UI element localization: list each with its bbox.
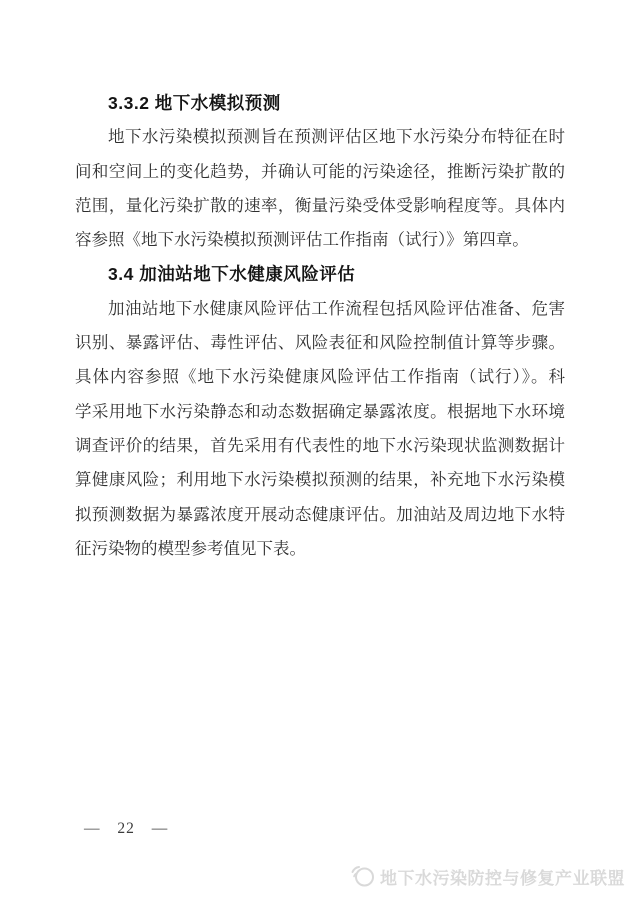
text-line: 容参照《地下水污染模拟预测评估工作指南（试行）》第四章。	[75, 223, 565, 257]
section-heading: 3.3.2 地下水模拟预测	[75, 86, 565, 120]
text-line: 范围，量化污染扩散的速率，衡量污染受体受影响程度等。具体内	[75, 189, 565, 223]
document-page: 3.3.2 地下水模拟预测地下水污染模拟预测旨在预测评估区地下水污染分布特征在时…	[0, 0, 640, 905]
document-body: 3.3.2 地下水模拟预测地下水污染模拟预测旨在预测评估区地下水污染分布特征在时…	[75, 86, 565, 566]
text-line: 算健康风险；利用地下水污染模拟预测的结果，补充地下水污染模	[75, 463, 565, 497]
page-number: — 22 —	[84, 820, 168, 838]
text-line: 征污染物的模型参考值见下表。	[75, 532, 565, 566]
text-line: 拟预测数据为暴露浓度开展动态健康评估。加油站及周边地下水特	[75, 498, 565, 532]
text-line: 间和空间上的变化趋势，并确认可能的污染途径，推断污染扩散的	[75, 155, 565, 189]
text-line: 加油站地下水健康风险评估工作流程包括风险评估准备、危害	[75, 292, 565, 326]
watermark-text: 地下水污染防控与修复产业联盟	[380, 864, 625, 889]
alliance-logo-icon	[351, 864, 375, 888]
text-line: 识别、暴露评估、毒性评估、风险表征和风险控制值计算等步骤。	[75, 326, 565, 360]
text-line: 地下水污染模拟预测旨在预测评估区地下水污染分布特征在时	[75, 120, 565, 154]
footer-watermark: 地下水污染防控与修复产业联盟	[351, 863, 625, 889]
text-line: 学采用地下水污染静态和动态数据确定暴露浓度。根据地下水环境	[75, 395, 565, 429]
text-line: 调查评价的结果，首先采用有代表性的地下水污染现状监测数据计	[75, 429, 565, 463]
text-line: 具体内容参照《地下水污染健康风险评估工作指南（试行）》。科	[75, 360, 565, 394]
section-heading: 3.4 加油站地下水健康风险评估	[75, 257, 565, 291]
